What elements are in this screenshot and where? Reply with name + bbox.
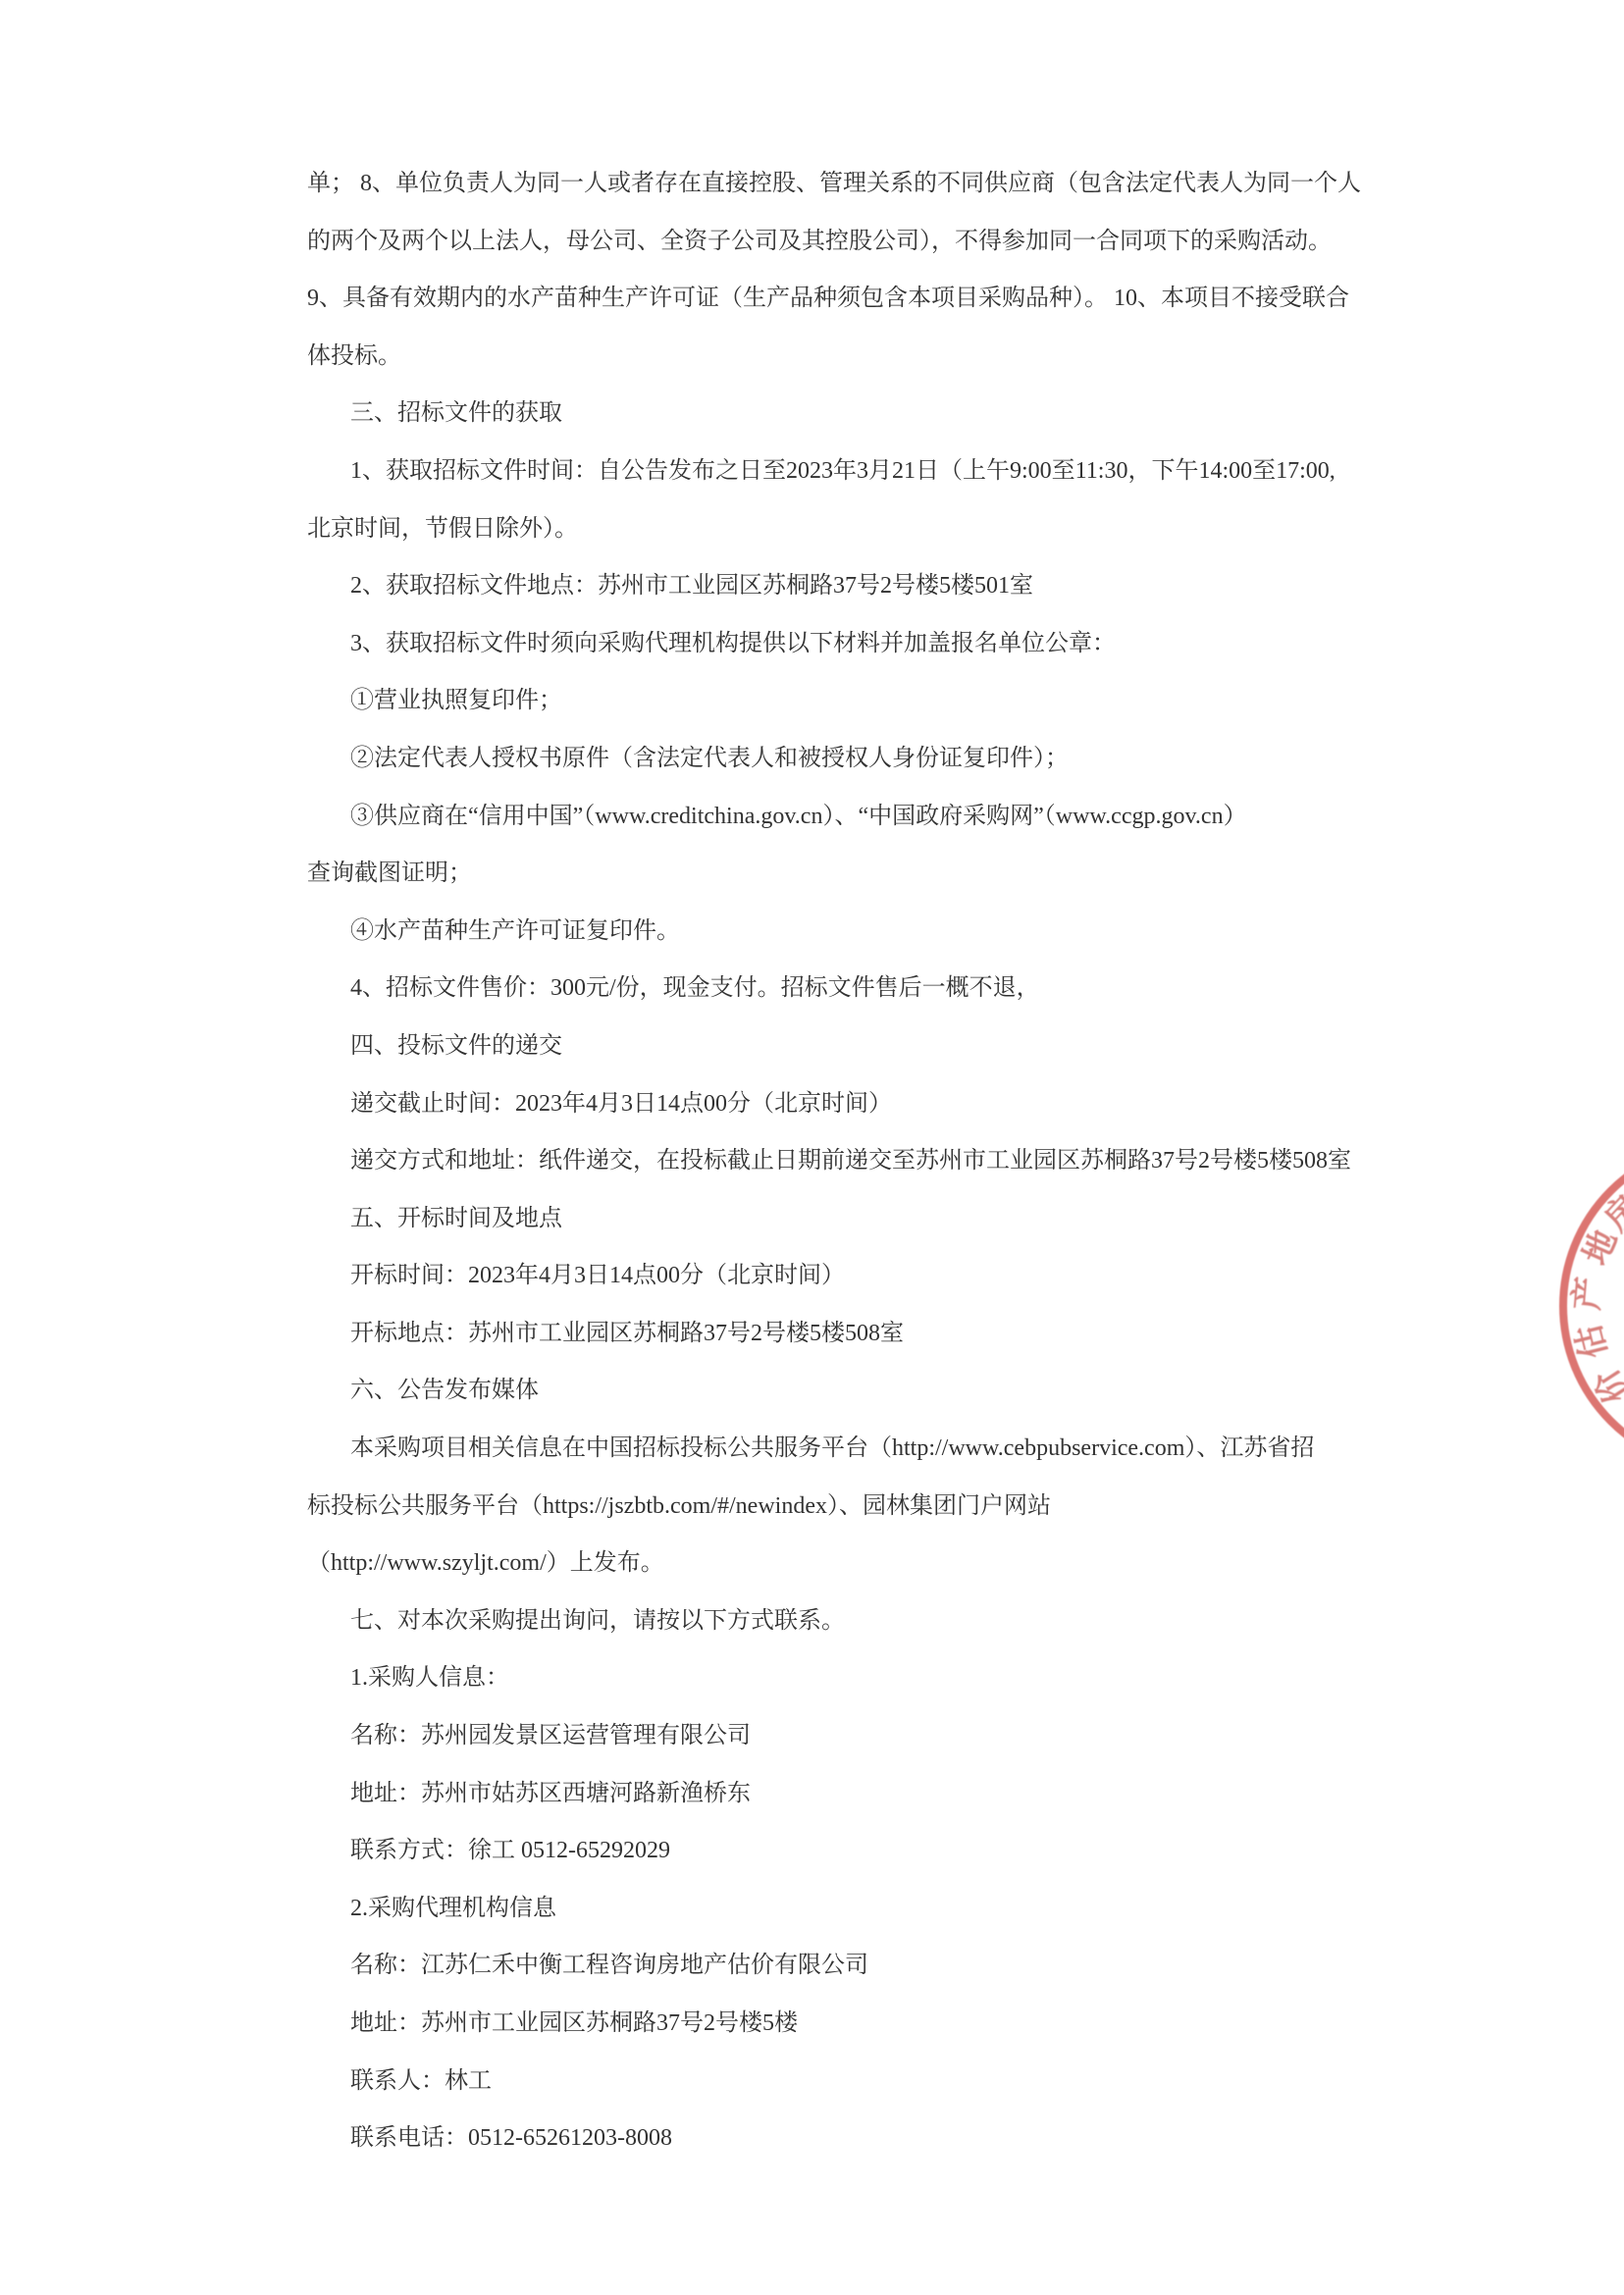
document-line: 联系方式：徐工 0512-65292029 bbox=[307, 1822, 1323, 1880]
document-line: 开标时间：2023年4月3日14点00分（北京时间） bbox=[307, 1247, 1323, 1305]
seal-character: 产 bbox=[1559, 1275, 1610, 1312]
document-body: 单； 8、单位负责人为同一人或者存在直接控股、管理关系的不同供应商（包含法定代表… bbox=[307, 155, 1323, 2167]
document-line: 北京时间，节假日除外）。 bbox=[307, 500, 1323, 558]
page: 单； 8、单位负责人为同一人或者存在直接控股、管理关系的不同供应商（包含法定代表… bbox=[0, 0, 1624, 2295]
document-line: 1、获取招标文件时间：自公告发布之日至2023年3月21日（上午9:00至11:… bbox=[307, 443, 1323, 500]
document-line: 标投标公共服务平台（https://jszbtb.com/#/newindex）… bbox=[307, 1478, 1323, 1536]
document-line: ①营业执照复印件； bbox=[307, 672, 1323, 730]
document-line: ④水产苗种生产许可证复印件。 bbox=[307, 903, 1323, 961]
document-line: 4、招标文件售价：300元/份，现金支付。招标文件售后一概不退， bbox=[307, 960, 1323, 1017]
document-line: ②法定代表人授权书原件（含法定代表人和被授权人身份证复印件）； bbox=[307, 730, 1323, 788]
document-line: 递交方式和地址：纸件递交，在投标截止日期前递交至苏州市工业园区苏桐路37号2号楼… bbox=[307, 1132, 1323, 1190]
document-line: （http://www.szyljt.com/）上发布。 bbox=[307, 1535, 1323, 1592]
document-line: 名称：江苏仁禾中衡工程咨询房地产估价有限公司 bbox=[307, 1937, 1323, 1995]
document-line: 五、开标时间及地点 bbox=[307, 1190, 1323, 1248]
document-line: 地址：苏州市姑苏区西塘河路新渔桥东 bbox=[307, 1765, 1323, 1823]
document-line: 三、招标文件的获取 bbox=[307, 385, 1323, 443]
document-line: 七、对本次采购提出询问，请按以下方式联系。 bbox=[307, 1592, 1323, 1650]
document-line: 开标地点：苏州市工业园区苏桐路37号2号楼5楼508室 bbox=[307, 1305, 1323, 1363]
document-line: 联系人：林工 bbox=[307, 2053, 1323, 2111]
document-line: 查询截图证明； bbox=[307, 845, 1323, 903]
document-line: 名称：苏州园发景区运营管理有限公司 bbox=[307, 1707, 1323, 1765]
document-line: 单； 8、单位负责人为同一人或者存在直接控股、管理关系的不同供应商（包含法定代表… bbox=[307, 155, 1323, 213]
document-line: 3、获取招标文件时须向采购代理机构提供以下材料并加盖报名单位公章： bbox=[307, 615, 1323, 673]
document-line: 1.采购人信息： bbox=[307, 1649, 1323, 1707]
document-line: 2.采购代理机构信息 bbox=[307, 1880, 1323, 1938]
document-line: 地址：苏州市工业园区苏桐路37号2号楼5楼 bbox=[307, 1995, 1323, 2053]
document-line: 9、具备有效期内的水产苗种生产许可证（生产品种须包含本项目采购品种）。 10、本… bbox=[307, 270, 1323, 328]
document-line: 六、公告发布媒体 bbox=[307, 1362, 1323, 1420]
document-line: 四、投标文件的递交 bbox=[307, 1017, 1323, 1075]
document-line: 体投标。 bbox=[307, 328, 1323, 386]
document-line: 2、获取招标文件地点：苏州市工业园区苏桐路37号2号楼5楼501室 bbox=[307, 557, 1323, 615]
document-line: 递交截止时间：2023年4月3日14点00分（北京时间） bbox=[307, 1075, 1323, 1133]
document-line: 本采购项目相关信息在中国招标投标公共服务平台（http://www.cebpub… bbox=[307, 1420, 1323, 1478]
document-line: ③供应商在“信用中国”（www.creditchina.gov.cn）、“中国政… bbox=[307, 788, 1323, 846]
document-line: 联系电话：0512-65261203-8008 bbox=[307, 2110, 1323, 2167]
document-line: 的两个及两个以上法人，母公司、全资子公司及其控股公司），不得参加同一合同项下的采… bbox=[307, 213, 1323, 271]
